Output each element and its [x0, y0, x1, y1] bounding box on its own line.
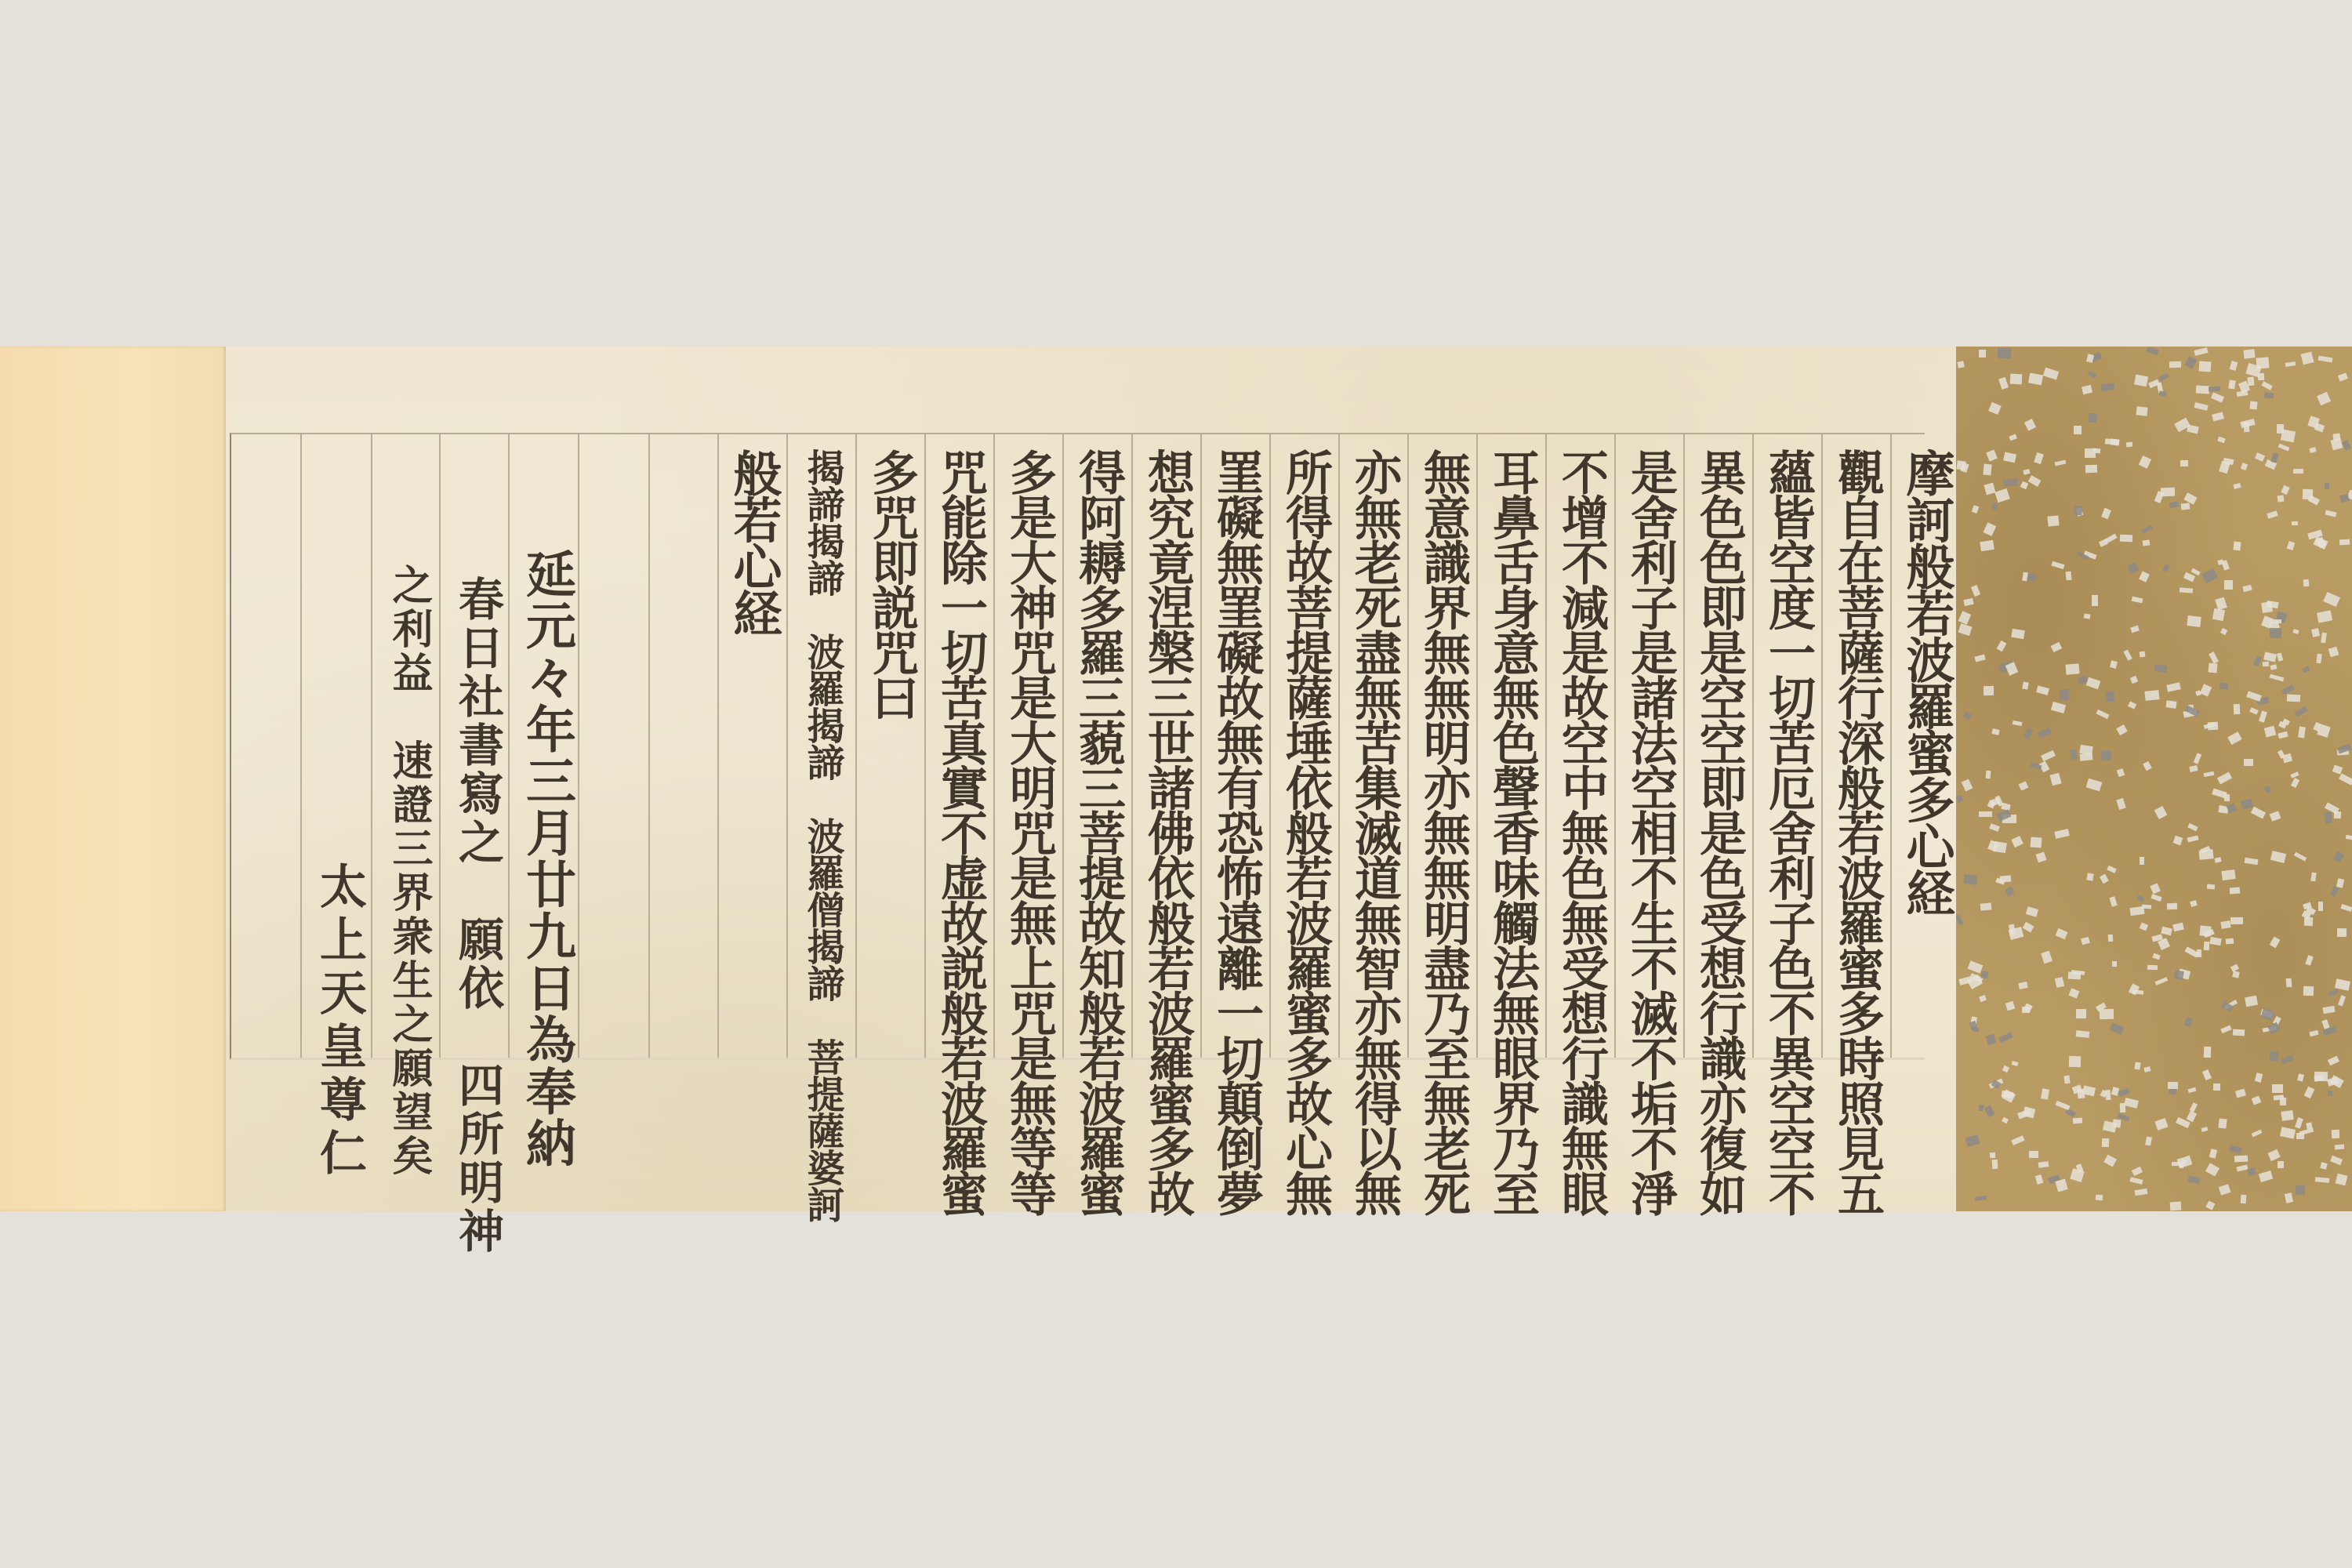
silver-fleck — [2338, 373, 2348, 383]
silver-fleck — [2250, 707, 2259, 715]
silver-fleck — [2130, 626, 2139, 633]
silver-fleck — [2327, 1091, 2332, 1097]
silver-fleck — [2203, 771, 2213, 777]
silver-fleck — [1994, 488, 2010, 503]
ruling-line — [1614, 434, 1616, 1058]
silver-fleck — [2234, 1155, 2248, 1162]
silver-fleck — [2154, 664, 2168, 673]
sutra-column: 得阿耨多羅三藐三菩提故知般若波羅蜜 — [1065, 448, 1131, 1215]
sutra-column: 不增不減是故空中無色無受想行識無眼 — [1548, 448, 1614, 1215]
silver-fleck — [2296, 1185, 2306, 1195]
silver-fleck — [2252, 1096, 2262, 1105]
silver-fleck — [2201, 568, 2218, 583]
ruling-line — [993, 434, 995, 1058]
silver-fleck — [2325, 482, 2330, 489]
silver-fleck — [2181, 503, 2190, 510]
silver-fleck — [1998, 377, 2008, 390]
silver-fleck — [2168, 1082, 2178, 1089]
ruled-grid: 摩訶般若波羅蜜多心経 觀自在菩薩行深般若波羅蜜多時照見五 蘊皆空度一切苦厄舍利子… — [230, 433, 1925, 1060]
silver-fleck — [2264, 785, 2272, 793]
silver-fleck — [2243, 349, 2255, 359]
ruling-line — [786, 434, 788, 1058]
silver-fleck — [2124, 1098, 2139, 1108]
silver-fleck — [2261, 381, 2273, 390]
silver-fleck — [2285, 361, 2296, 367]
silver-fleck — [2258, 1171, 2272, 1182]
silver-fleck — [2222, 869, 2237, 880]
silver-fleck — [2267, 511, 2278, 520]
silver-fleck — [2209, 652, 2218, 663]
silver-fleck — [2329, 886, 2339, 897]
silver-fleck — [2092, 595, 2098, 606]
silver-fleck — [2337, 743, 2352, 753]
silver-fleck — [2041, 750, 2056, 761]
silver-fleck — [2320, 1162, 2328, 1170]
silver-fleck — [2270, 628, 2281, 639]
silver-fleck — [2022, 681, 2029, 689]
silver-fleck — [2048, 516, 2060, 528]
silver-fleck — [1973, 1027, 1979, 1032]
silver-fleck — [2244, 759, 2253, 766]
sutra-column: 蘊皆空度一切苦厄舍利子色不異空空不 — [1755, 448, 1821, 1215]
silver-fleck — [2321, 633, 2327, 643]
silver-fleck — [2328, 1056, 2339, 1065]
silver-fleck — [2190, 900, 2197, 907]
silver-fleck — [2132, 1167, 2143, 1177]
silver-fleck — [1958, 611, 1971, 625]
silver-fleck — [2281, 1054, 2294, 1064]
silver-fleck — [2318, 902, 2324, 911]
silver-fleck — [2272, 1084, 2283, 1093]
silver-fleck — [1993, 841, 2007, 853]
silver-fleck — [2123, 650, 2132, 661]
silver-fleck — [2065, 663, 2079, 674]
silver-fleck — [2237, 390, 2249, 397]
silver-fleck — [2262, 601, 2274, 613]
silver-fleck — [2026, 906, 2038, 916]
silver-fleck — [2002, 478, 2016, 486]
silver-fleck — [2296, 1133, 2304, 1139]
silver-fleck — [2139, 571, 2149, 582]
silver-fleck — [2269, 1051, 2278, 1061]
silver-fleck — [2267, 1149, 2280, 1161]
silver-fleck — [2113, 1120, 2122, 1128]
sutra-column: 罣礙無罣礙故無有恐怖遠離一切顛倒夢 — [1203, 448, 1269, 1215]
silver-fleck — [2317, 392, 2331, 405]
silver-fleck — [2330, 1155, 2343, 1165]
silver-fleck — [2141, 525, 2153, 535]
silver-fleck — [2233, 704, 2240, 714]
ruling-line — [717, 434, 719, 1058]
silver-fleck — [2154, 806, 2166, 819]
silver-fleck — [2096, 1194, 2103, 1200]
silver-fleck — [2303, 986, 2314, 996]
silver-fleck — [2011, 836, 2024, 848]
silver-fleck — [2209, 1149, 2218, 1160]
silver-fleck — [2303, 579, 2308, 586]
sutra-column: 咒能除一切苦真實不虚故説般若波羅蜜 — [927, 448, 993, 1215]
silver-fleck — [1984, 522, 1996, 535]
silver-fleck — [2209, 937, 2221, 946]
silver-fleck — [2066, 571, 2073, 580]
silver-fleck — [1984, 686, 1994, 695]
silver-fleck — [2336, 878, 2344, 888]
silver-fleck — [2002, 1117, 2009, 1124]
silver-fleck — [2093, 448, 2101, 454]
silver-fleck — [2187, 836, 2199, 843]
silver-fleck — [2235, 1089, 2246, 1098]
silver-fleck — [2247, 1167, 2256, 1176]
silver-fleck — [2089, 412, 2098, 423]
silver-fleck — [2256, 357, 2270, 368]
silver-fleck — [2028, 373, 2043, 386]
silver-fleck — [2220, 461, 2231, 474]
silver-fleck — [2342, 440, 2351, 451]
silver-fleck — [2308, 495, 2320, 505]
silver-fleck — [2085, 465, 2097, 474]
silver-fleck — [2346, 835, 2352, 840]
ruling-line — [855, 434, 857, 1058]
silver-fleck — [2282, 753, 2293, 764]
silver-fleck — [2101, 751, 2111, 761]
silver-fleck — [2128, 701, 2137, 710]
silver-fleck — [2279, 1127, 2295, 1139]
sutra-column: 想究竟涅槃三世諸佛依般若波羅蜜多故 — [1134, 448, 1200, 1215]
silver-fleck — [2086, 677, 2101, 688]
silver-fleck — [2194, 402, 2209, 411]
silver-fleck — [1972, 505, 1980, 514]
silver-fleck — [2146, 347, 2158, 355]
silver-fleck — [2037, 728, 2051, 739]
silver-fleck — [2285, 1192, 2293, 1203]
silver-fleck — [2110, 661, 2118, 669]
silver-fleck — [2147, 965, 2158, 971]
silver-fleck — [2024, 419, 2036, 431]
silver-fleck — [2331, 437, 2343, 450]
silver-fleck — [2129, 1177, 2143, 1185]
silver-fleck — [2294, 706, 2307, 717]
silver-fleck — [2170, 1201, 2181, 1210]
silver-fleck — [2105, 439, 2119, 446]
silver-fleck — [2027, 475, 2041, 487]
silver-fleck — [2334, 811, 2342, 818]
silver-fleck — [2019, 781, 2029, 791]
silver-fleck — [2270, 811, 2281, 822]
silver-fleck — [1958, 623, 1973, 636]
silver-fleck — [2129, 906, 2144, 916]
silver-fleck — [2242, 584, 2252, 591]
silver-fleck — [2246, 691, 2261, 701]
silver-fleck — [1963, 598, 1973, 606]
silver-fleck — [2335, 1145, 2344, 1150]
silver-fleck — [2270, 665, 2278, 671]
silver-fleck — [2136, 895, 2144, 902]
silver-fleck — [2118, 1087, 2130, 1097]
silver-fleck — [2316, 654, 2322, 663]
silver-fleck — [2063, 1075, 2070, 1083]
silver-fleck — [2144, 690, 2159, 701]
silver-fleck — [2132, 597, 2143, 604]
silver-fleck — [2241, 1195, 2247, 1204]
silver-fleck — [2134, 1062, 2140, 1070]
silver-fleck — [2005, 887, 2014, 897]
silver-fleck — [2206, 884, 2214, 889]
silver-fleck — [1984, 463, 1992, 475]
silver-fleck — [2142, 539, 2150, 546]
silver-fleck — [2067, 971, 2081, 979]
silver-fleck — [2174, 970, 2184, 980]
silver-fleck — [2304, 916, 2313, 926]
silver-fleck — [1986, 771, 1991, 779]
silver-fleck — [2106, 691, 2115, 702]
gold-silver-fleck-cover — [1956, 347, 2352, 1211]
silver-fleck — [2211, 393, 2224, 404]
silver-fleck — [2144, 1066, 2151, 1073]
silver-fleck — [2341, 904, 2352, 912]
silver-fleck — [2023, 728, 2033, 739]
silver-fleck — [2002, 1065, 2009, 1073]
silver-fleck — [2055, 460, 2067, 466]
silver-fleck — [2261, 1008, 2275, 1021]
silver-fleck — [2223, 794, 2229, 801]
silver-fleck — [2130, 676, 2139, 684]
silver-fleck — [2331, 1130, 2339, 1138]
silver-fleck — [2271, 453, 2279, 463]
silver-fleck — [2230, 887, 2240, 894]
ruling-line — [1545, 434, 1547, 1058]
silver-fleck — [1974, 655, 1986, 662]
silver-fleck — [2140, 652, 2146, 658]
silver-fleck — [2252, 1129, 2263, 1137]
silver-fleck — [1980, 540, 1995, 552]
silver-fleck — [2194, 347, 2208, 356]
silver-fleck — [2332, 851, 2344, 863]
silver-fleck — [2172, 1162, 2182, 1166]
silver-fleck — [1991, 728, 2000, 735]
silver-fleck — [2054, 829, 2069, 838]
silver-fleck — [2244, 422, 2250, 432]
silver-fleck — [2259, 711, 2267, 723]
silver-fleck — [2230, 1145, 2243, 1154]
silver-fleck — [2219, 1184, 2230, 1195]
silver-fleck — [2140, 857, 2144, 865]
silver-fleck — [2038, 1161, 2049, 1167]
silver-fleck — [2324, 811, 2332, 823]
silver-fleck — [2213, 1083, 2221, 1090]
silver-fleck — [2336, 928, 2346, 938]
silver-fleck — [2202, 1069, 2212, 1080]
silver-fleck — [2155, 977, 2169, 985]
silver-fleck — [2086, 873, 2093, 880]
ruling-line — [1338, 434, 1340, 1058]
silver-fleck — [2198, 361, 2211, 372]
silver-fleck — [2336, 1173, 2348, 1185]
silver-fleck — [2208, 386, 2220, 391]
silver-fleck — [2100, 874, 2109, 884]
silver-fleck — [1975, 1196, 1987, 1201]
silver-fleck — [2229, 361, 2237, 371]
silver-fleck — [1986, 450, 1998, 462]
silver-fleck — [2293, 469, 2303, 474]
silver-fleck — [2031, 837, 2042, 848]
silver-fleck — [2012, 1061, 2019, 1066]
silver-fleck — [2278, 1161, 2284, 1168]
silver-fleck — [2041, 950, 2052, 963]
silver-fleck — [1996, 641, 2006, 652]
silver-fleck — [2325, 510, 2337, 517]
silver-fleck — [1984, 483, 1995, 495]
colophon-line-3: 之利益 速證三界衆生之願望矣 — [376, 564, 441, 1178]
silver-fleck — [1980, 903, 1991, 911]
silver-fleck — [2205, 1163, 2220, 1176]
silver-fleck — [2264, 393, 2274, 400]
silver-fleck — [2221, 920, 2231, 929]
silver-fleck — [2277, 495, 2284, 503]
ruling-line — [300, 434, 302, 1058]
silver-fleck — [2255, 1073, 2263, 1083]
silver-fleck — [2303, 1086, 2314, 1098]
silver-fleck — [2220, 628, 2227, 636]
silver-fleck — [2076, 1009, 2087, 1018]
silver-fleck — [2183, 1017, 2193, 1028]
silver-fleck — [2321, 1019, 2329, 1029]
silver-fleck — [2203, 942, 2209, 951]
silver-fleck — [2317, 611, 2332, 623]
silver-fleck — [1979, 811, 1992, 817]
silver-fleck — [2079, 745, 2092, 755]
silver-fleck — [2169, 501, 2180, 509]
silver-fleck — [2185, 356, 2198, 369]
silver-fleck — [1998, 347, 2011, 358]
silver-fleck — [2247, 377, 2254, 386]
silver-fleck — [2338, 995, 2346, 1007]
silver-fleck — [2126, 442, 2133, 448]
silver-fleck — [2234, 541, 2241, 550]
silver-fleck — [2051, 702, 2067, 713]
silver-fleck — [2305, 955, 2314, 966]
silver-fleck — [1961, 779, 1972, 792]
silver-fleck — [2195, 385, 2209, 394]
silver-fleck — [2070, 750, 2078, 760]
silver-fleck — [2277, 424, 2284, 434]
silver-fleck — [1999, 1032, 2014, 1043]
silver-fleck — [2201, 1127, 2208, 1132]
silver-fleck — [2180, 587, 2194, 593]
silver-fleck — [2165, 700, 2176, 709]
silver-fleck — [2224, 580, 2233, 590]
sutra-paper: 摩訶般若波羅蜜多心経 觀自在菩薩行深般若波羅蜜多時照見五 蘊皆空度一切苦厄舍利子… — [226, 347, 1956, 1211]
silver-fleck — [2087, 372, 2096, 379]
sutra-column: 無意識界無無明亦無無明盡乃至無老死 — [1410, 448, 1476, 1215]
silver-fleck — [2280, 1098, 2287, 1105]
ruling-line — [1131, 434, 1133, 1058]
silver-fleck — [2151, 895, 2162, 902]
silver-fleck — [1987, 800, 1995, 808]
ruling-line — [1476, 434, 1478, 1058]
silver-fleck — [1981, 971, 1989, 978]
silver-fleck — [2339, 774, 2352, 786]
silver-fleck — [2043, 368, 2059, 380]
ruling-line — [1200, 434, 1202, 1058]
silver-fleck — [2103, 1155, 2117, 1167]
silver-fleck — [2041, 1089, 2050, 1101]
silver-fleck — [2154, 1118, 2168, 1131]
sutra-title-column: 摩訶般若波羅蜜多心経 — [1893, 448, 1959, 915]
silver-fleck — [2143, 760, 2152, 771]
silver-fleck — [2252, 655, 2261, 666]
silver-fleck — [2109, 896, 2117, 906]
silver-fleck — [2302, 666, 2310, 673]
silver-fleck — [2297, 1074, 2304, 1083]
silver-fleck — [2187, 823, 2198, 831]
silver-fleck — [2134, 1189, 2147, 1196]
silver-fleck — [2082, 385, 2092, 395]
silver-fleck — [2241, 799, 2254, 810]
silver-fleck — [2323, 592, 2340, 607]
silver-fleck — [2116, 768, 2125, 777]
silver-fleck — [2278, 731, 2288, 739]
silver-fleck — [2136, 406, 2148, 416]
silver-fleck — [2217, 437, 2226, 444]
silver-fleck — [2068, 988, 2079, 998]
ruling-line — [1890, 434, 1892, 1058]
silver-fleck — [1988, 402, 2002, 415]
silver-fleck — [1963, 712, 1973, 721]
silver-fleck — [2055, 1101, 2070, 1111]
silver-fleck — [2244, 858, 2258, 865]
silver-fleck — [2086, 779, 2102, 791]
silver-fleck — [2069, 1055, 2081, 1066]
silver-fleck — [2228, 380, 2236, 390]
silver-fleck — [2029, 1151, 2039, 1158]
silver-fleck — [2339, 494, 2350, 503]
ruling-line — [1062, 434, 1064, 1058]
silver-fleck — [2318, 356, 2332, 363]
silver-fleck — [2009, 373, 2022, 384]
silver-fleck — [1985, 1034, 1996, 1045]
silver-fleck — [2023, 921, 2034, 932]
left-mounting-paper — [0, 347, 226, 1211]
silver-fleck — [2230, 917, 2243, 924]
silver-fleck — [2277, 652, 2284, 661]
silver-fleck — [2012, 629, 2025, 639]
silver-fleck — [2161, 927, 2172, 936]
silver-fleck — [2020, 481, 2029, 490]
silver-fleck — [2110, 1023, 2124, 1035]
silver-fleck — [2101, 507, 2111, 518]
silver-fleck — [1991, 503, 1998, 510]
silver-fleck — [2200, 684, 2212, 697]
silver-fleck — [2187, 1087, 2196, 1093]
silver-fleck — [2024, 470, 2031, 476]
silver-fleck — [2216, 771, 2231, 784]
silver-fleck — [2169, 361, 2181, 368]
silver-fleck — [2323, 1006, 2336, 1014]
silver-fleck — [2215, 857, 2222, 862]
silver-fleck — [2159, 372, 2170, 381]
silver-fleck — [2240, 463, 2247, 470]
silver-fleck — [2060, 689, 2070, 700]
sutra-column: 多是大神咒是大明咒是無上咒是無等等 — [996, 448, 1062, 1215]
silver-fleck — [2013, 720, 2022, 726]
silver-fleck — [2292, 521, 2298, 526]
silver-fleck — [2281, 1110, 2294, 1121]
silver-fleck — [2003, 452, 2016, 463]
silver-fleck — [2076, 1030, 2090, 1038]
silver-fleck — [2134, 374, 2149, 387]
silver-fleck — [2233, 971, 2241, 978]
silver-fleck — [2056, 928, 2068, 939]
